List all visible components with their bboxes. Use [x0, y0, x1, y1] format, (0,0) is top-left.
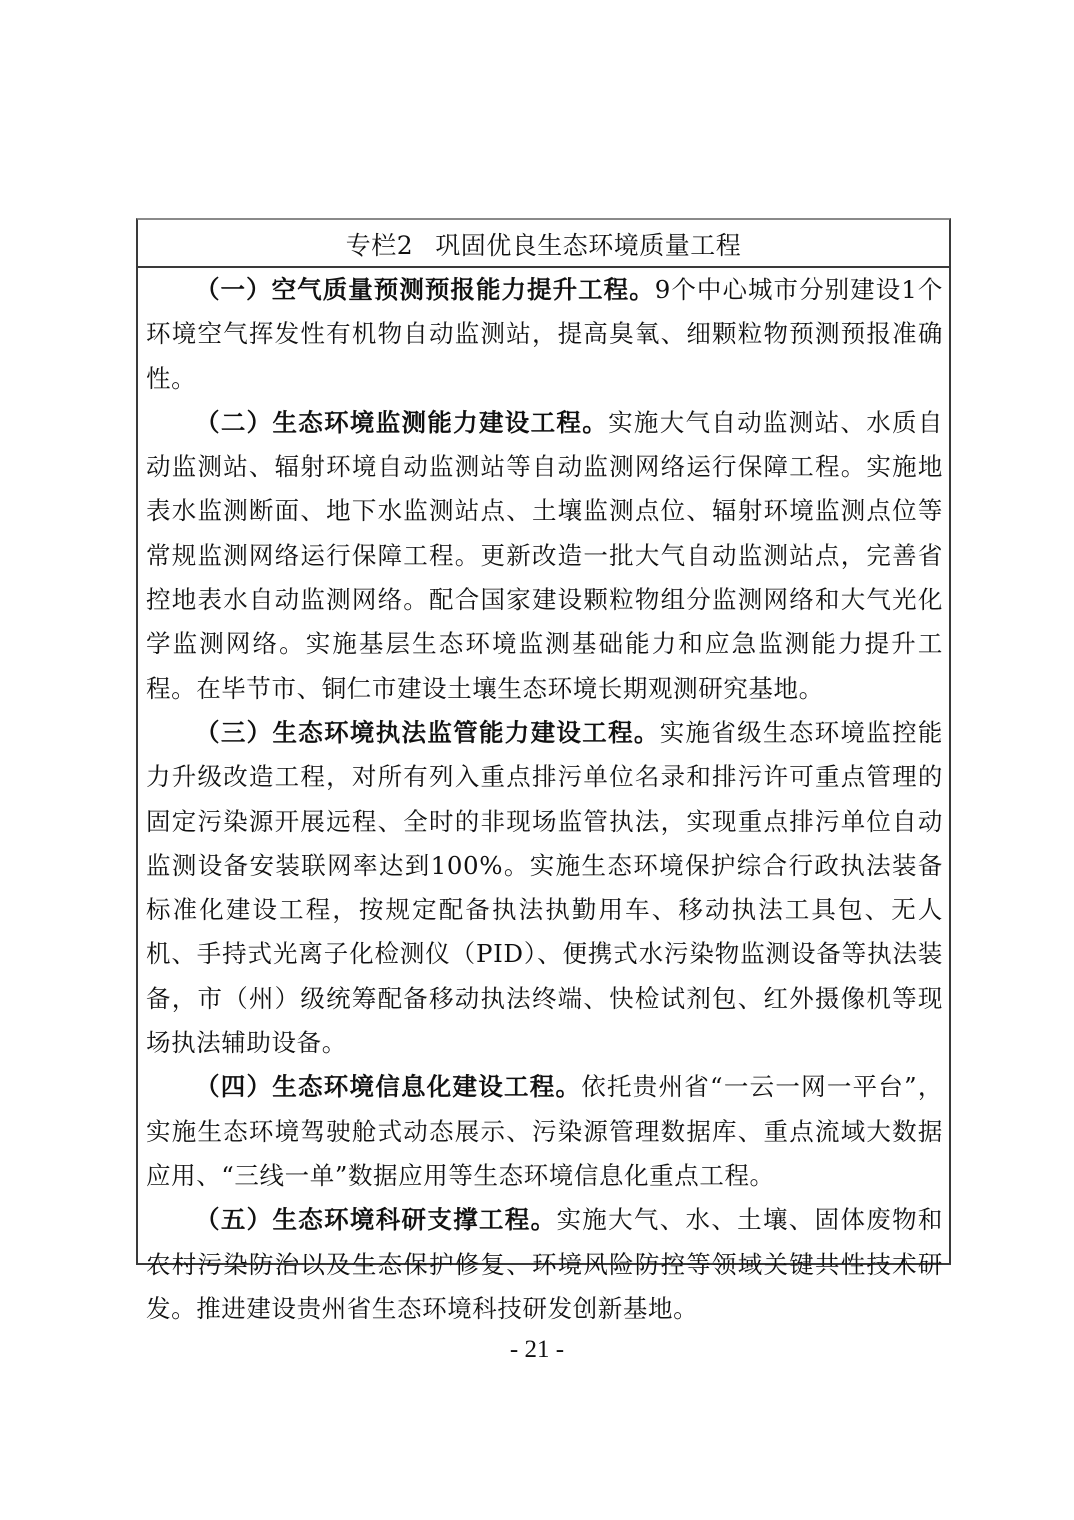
- section-enforcement: （三）生态环境执法监管能力建设工程。实施省级生态环境监控能力升级改造工程，对所有…: [146, 711, 943, 1065]
- section-research: （五）生态环境科研支撑工程。实施大气、水、土壤、固体废物和农村污染防治以及生态保…: [146, 1198, 943, 1331]
- box-label: 专栏2: [346, 231, 413, 260]
- feature-box: 专栏2巩固优良生态环境质量工程 （一）空气质量预测预报能力提升工程。9个中心城市…: [136, 218, 951, 1265]
- section-monitoring: （二）生态环境监测能力建设工程。实施大气自动监测站、水质自动监测站、辐射环境自动…: [146, 401, 943, 711]
- box-title-text: 巩固优良生态环境质量工程: [435, 231, 741, 260]
- page-number: - 21 -: [0, 1336, 1074, 1364]
- section-air-quality: （一）空气质量预测预报能力提升工程。9个中心城市分别建设1个环境空气挥发性有机物…: [146, 268, 943, 401]
- box-content: （一）空气质量预测预报能力提升工程。9个中心城市分别建设1个环境空气挥发性有机物…: [138, 268, 949, 1331]
- section-heading: （五）生态环境科研支撑工程。: [195, 1205, 556, 1234]
- section-heading: （三）生态环境执法监管能力建设工程。: [195, 718, 660, 747]
- section-heading: （二）生态环境监测能力建设工程。: [195, 408, 608, 437]
- section-heading: （一）空气质量预测预报能力提升工程。: [195, 275, 655, 304]
- section-informatization: （四）生态环境信息化建设工程。依托贵州省“一云一网一平台”，实施生态环境驾驶舱式…: [146, 1065, 943, 1198]
- box-title: 专栏2巩固优良生态环境质量工程: [138, 220, 949, 268]
- section-body: 实施大气自动监测站、水质自动监测站、辐射环境自动监测站等自动监测网络运行保障工程…: [146, 408, 943, 703]
- section-body: 实施省级生态环境监控能力升级改造工程，对所有列入重点排污单位名录和排污许可重点管…: [146, 718, 943, 1057]
- section-heading: （四）生态环境信息化建设工程。: [195, 1072, 581, 1101]
